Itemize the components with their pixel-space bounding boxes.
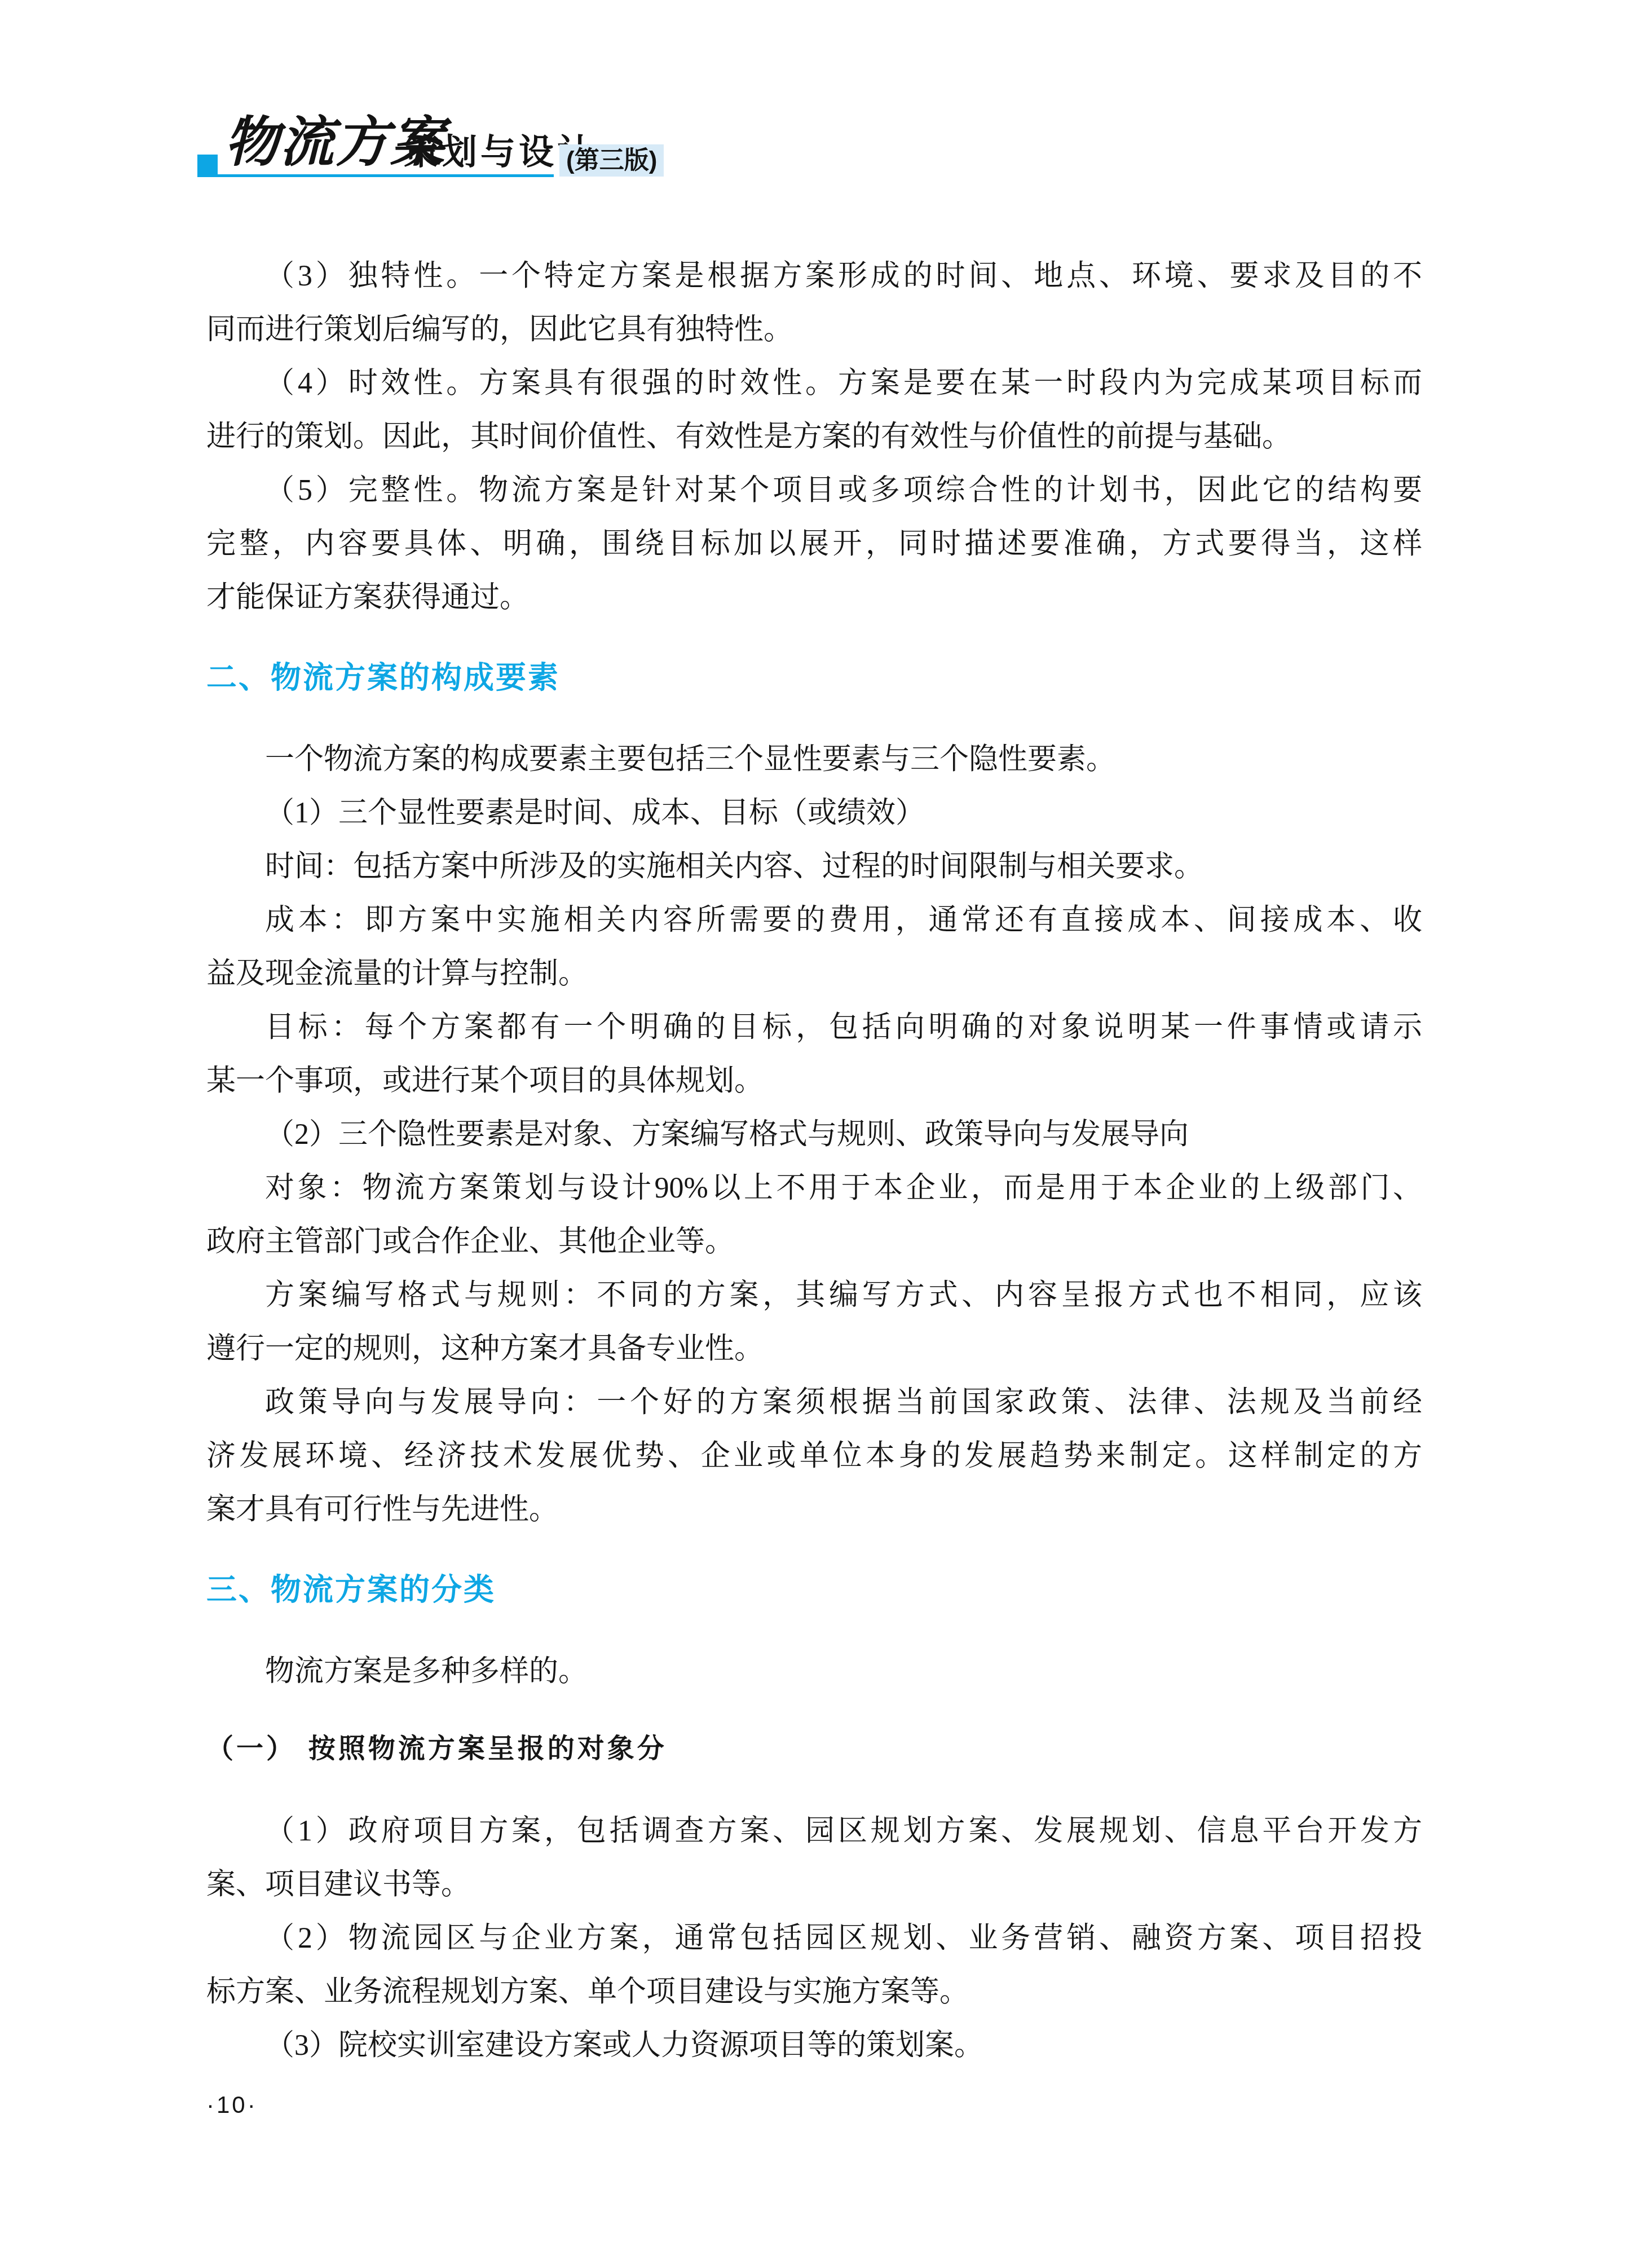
book-edition-badge: (第三版) [559,144,664,177]
text-line: （5）完整性。物流方案是针对某个项目或多项综合性的计划书，因此它的结构要 [206,464,1422,517]
paragraph: （1）政府项目方案，包括调查方案、园区规划方案、发展规划、信息平台开发方案、项目… [206,1804,1422,2072]
text-line: 一个物流方案的构成要素主要包括三个显性要素与三个隐性要素。 [206,733,1422,786]
text-line: 完整，内容要具体、明确，围绕目标加以展开，同时描述要准确，方式要得当，这样 [206,517,1422,571]
text-line: （一） 按照物流方案呈报的对象分 [206,1722,1422,1776]
text-line: （1）三个显性要素是时间、成本、目标（或绩效） [206,786,1422,840]
paragraph: 一个物流方案的构成要素主要包括三个显性要素与三个隐性要素。（1）三个显性要素是时… [206,733,1422,1536]
text-line: （2）物流园区与企业方案，通常包括园区规划、业务营销、融资方案、项目招投 [206,1912,1422,1965]
text-line: 时间：包括方案中所涉及的实施相关内容、过程的时间限制与相关要求。 [206,840,1422,893]
text-line: 同而进行策划后编写的，因此它具有独特性。 [206,303,1422,356]
section-heading: 二、物流方案的构成要素 [206,651,1422,705]
text-line: （3）院校实训室建设方案或人力资源项目等的策划案。 [206,2019,1422,2072]
text-line: 政策导向与发展导向：一个好的方案须根据当前国家政策、法律、法规及当前经 [206,1376,1422,1429]
text-line: 方案编写格式与规则：不同的方案，其编写方式、内容呈报方式也不相同，应该 [206,1269,1422,1322]
paragraph: （3）独特性。一个特定方案是根据方案形成的时间、地点、环境、要求及目的不同而进行… [206,249,1422,356]
text-line: 目标：每个方案都有一个明确的目标，包括向明确的对象说明某一件事情或请示 [206,1001,1422,1054]
paragraph: （4）时效性。方案具有很强的时效性。方案是要在某一时段内为完成某项目标而进行的策… [206,356,1422,464]
text-line: 对象：物流方案策划与设计90%以上不用于本企业，而是用于本企业的上级部门、 [206,1161,1422,1215]
text-line: 成本：即方案中实施相关内容所需要的费用，通常还有直接成本、间接成本、收 [206,893,1422,947]
page-number: ·10· [206,2088,258,2122]
text-line: 案才具有可行性与先进性。 [206,1483,1422,1536]
header-accent-square [197,155,218,175]
text-line: （3）独特性。一个特定方案是根据方案形成的时间、地点、环境、要求及目的不 [206,249,1422,303]
header-rule [197,174,554,177]
sub-heading: （一） 按照物流方案呈报的对象分 [206,1722,1422,1776]
text-line: 遵行一定的规则，这种方案才具备专业性。 [206,1322,1422,1376]
text-line: （4）时效性。方案具有很强的时效性。方案是要在某一时段内为完成某项目标而 [206,356,1422,410]
paragraph: （5）完整性。物流方案是针对某个项目或多项综合性的计划书，因此它的结构要完整，内… [206,464,1422,624]
text-line: 济发展环境、经济技术发展优势、企业或单位本身的发展趋势来制定。这样制定的方 [206,1429,1422,1483]
text-line: 某一个事项，或进行某个项目的具体规划。 [206,1054,1422,1108]
paragraph: 物流方案是多种多样的。 [206,1645,1422,1698]
text-line: 进行的策划。因此，其时间价值性、有效性是方案的有效性与价值性的前提与基础。 [206,410,1422,464]
text-line: 三、物流方案的分类 [206,1564,1422,1617]
text-line: （1）政府项目方案，包括调查方案、园区规划方案、发展规划、信息平台开发方 [206,1804,1422,1858]
text-line: 益及现金流量的计算与控制。 [206,947,1422,1001]
text-line: 政府主管部门或合作企业、其他企业等。 [206,1215,1422,1269]
book-page: 物流方案 策划与设计 (第三版) （3）独特性。一个特定方案是根据方案形成的时间… [0,0,1628,2268]
body-text-column: （3）独特性。一个特定方案是根据方案形成的时间、地点、环境、要求及目的不同而进行… [206,249,1422,2072]
text-line: 案、项目建议书等。 [206,1858,1422,1912]
text-line: 才能保证方案获得通过。 [206,571,1422,624]
text-line: 二、物流方案的构成要素 [206,651,1422,705]
text-line: 物流方案是多种多样的。 [206,1645,1422,1698]
section-heading: 三、物流方案的分类 [206,1564,1422,1617]
text-line: 标方案、业务流程规划方案、单个项目建设与实施方案等。 [206,1965,1422,2019]
text-line: （2）三个隐性要素是对象、方案编写格式与规则、政策导向与发展导向 [206,1108,1422,1161]
